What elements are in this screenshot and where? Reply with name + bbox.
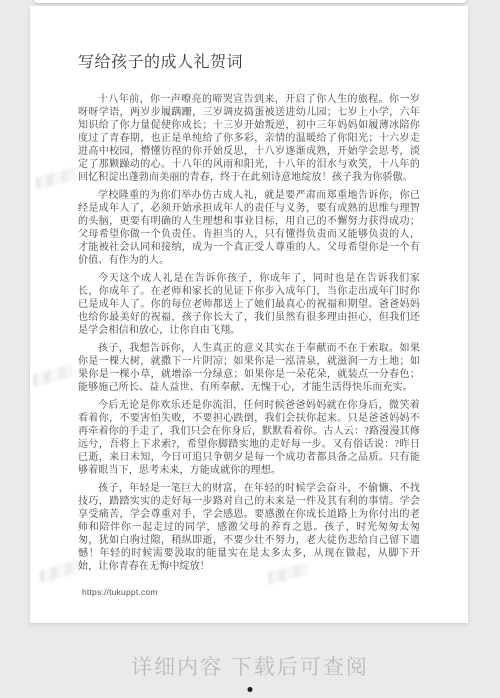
pagination-dot[interactable] <box>248 687 253 692</box>
document-page-preview[interactable]: 写给孩子的成人礼贺词 十八年前，你一声嘹亮的啼哭宣告到来，开启了你人生的旅程。你… <box>30 6 468 623</box>
download-hint-caption: 详细内容 下载后可查阅 <box>0 651 500 681</box>
document-content: 写给孩子的成人礼贺词 十八年前，你一声嘹亮的啼哭宣告到来，开启了你人生的旅程。你… <box>30 6 468 573</box>
paragraph: 学校隆重的为你们举办仿古成人礼，就是要严肃而郑重地告诉你，你已经是成年人了，必须… <box>78 189 420 267</box>
previous-page-edge <box>33 0 467 3</box>
preview-stage: 写给孩子的成人礼贺词 十八年前，你一声嘹亮的啼哭宣告到来，开启了你人生的旅程。你… <box>0 0 500 698</box>
paragraph: 孩子，我想告诉你，人生真正的意义其实在于奉献而不在于索取。如果你是一棵大树，就撒… <box>78 342 420 394</box>
paragraph: 今后无论是你欢乐还是你流泪，任何时候爸爸妈妈就在你身后，微笑着看着你，不要害怕失… <box>78 399 420 477</box>
paragraph: 十八年前，你一声嘹亮的啼哭宣告到来，开启了你人生的旅程。你一岁呀呀学语，两岁步履… <box>78 93 420 184</box>
document-title: 写给孩子的成人礼贺词 <box>78 49 420 72</box>
source-url-text: https://tukuppt.com <box>82 587 158 597</box>
document-body: 十八年前，你一声嘹亮的啼哭宣告到来，开启了你人生的旅程。你一岁呀呀学语，两岁步履… <box>78 93 420 573</box>
paragraph: 今天这个成人礼是在告诉你孩子，你成年了，同时也是在告诉我们家长，你成年了。在老师… <box>78 272 420 337</box>
paragraph: 孩子，年轻是一笔巨大的财富，在年轻的时候学会奋斗，不偷懒、不找技巧，踏踏实实的走… <box>78 482 420 573</box>
